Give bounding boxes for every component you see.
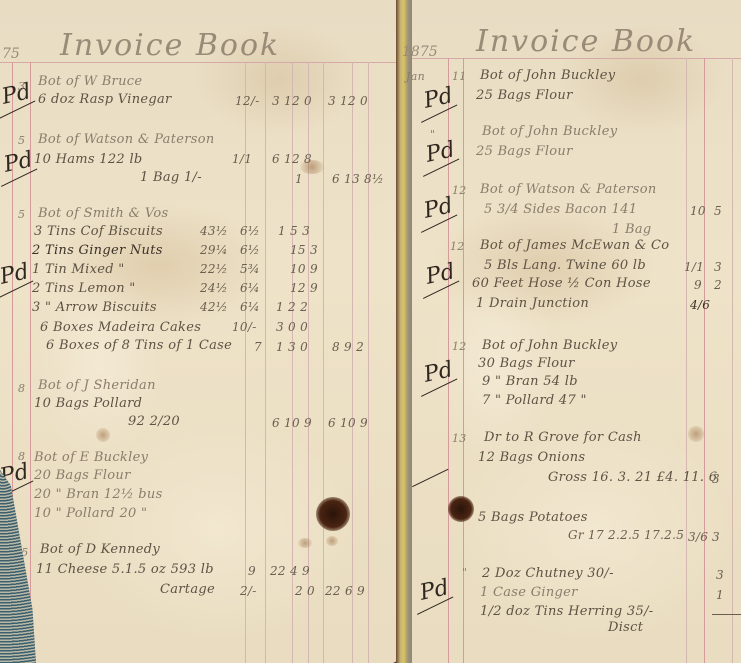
- line-rate: 1/1: [232, 152, 252, 166]
- entry-header: Bot of Watson & Paterson: [480, 182, 657, 197]
- entry-day: 13: [452, 432, 467, 445]
- line-rate: 9: [248, 564, 256, 578]
- burn-stain: [448, 496, 474, 522]
- paid-mark: Pd: [0, 259, 31, 289]
- line-desc: Cartage: [160, 582, 215, 597]
- line-qty: 42½: [200, 300, 228, 314]
- column-rule: [265, 62, 266, 663]
- entry-day: 11: [452, 70, 467, 83]
- entry-header: Bot of J Sheridan: [38, 378, 156, 393]
- water-stain: [326, 536, 338, 546]
- line-desc: 10 Bags Pollard: [34, 396, 142, 411]
- line-desc: 20 " Bran 12½ bus: [34, 487, 163, 502]
- line-desc: 2 Tins Lemon ": [32, 281, 136, 296]
- line-amount: 3: [714, 260, 722, 274]
- line-amount: 3: [712, 472, 720, 486]
- paid-mark: Pd: [418, 575, 451, 605]
- line-rate: 2/-: [240, 584, 257, 598]
- entry-header: Dr to R Grove for Cash: [484, 430, 642, 445]
- entry-header: Bot of John Buckley: [482, 338, 617, 353]
- line-rate: 12/-: [235, 94, 260, 108]
- entry-day: 8: [18, 450, 25, 463]
- line-desc: 3 " Arrow Biscuits: [32, 300, 157, 315]
- line-desc: 60 Feet Hose ½ Con Hose: [472, 276, 651, 291]
- column-rule: [352, 62, 353, 663]
- ledger-spread: 75 Invoice Book Pd 3 Bot of W Bruce 6 do…: [0, 0, 741, 663]
- page-title-right: Invoice Book: [476, 24, 696, 59]
- entry-day: 12: [450, 240, 465, 253]
- burn-stain: [316, 497, 350, 531]
- entry-day: ": [462, 566, 467, 579]
- line-desc: 2 Tins Ginger Nuts: [32, 243, 163, 258]
- line-amount: 2 0: [295, 584, 315, 598]
- line-rate: 9: [694, 278, 702, 292]
- line-rate: 6½: [240, 243, 260, 257]
- entry-day: ": [430, 128, 435, 141]
- line-amount: 3 0 0: [276, 320, 308, 334]
- line-rate: 10/-: [232, 320, 257, 334]
- line-qty: 24½: [200, 281, 228, 295]
- page-title-left: Invoice Book: [60, 28, 280, 63]
- right-page: 1875 Invoice Book Jan Pd 11 Bot of John …: [412, 0, 741, 663]
- line-desc: 9 " Bran 54 lb: [482, 374, 578, 389]
- entry-day: 3: [18, 80, 25, 93]
- line-desc: 1 Bag: [612, 222, 652, 237]
- water-stain: [298, 538, 312, 548]
- line-desc: 6 Boxes Madeira Cakes: [40, 320, 201, 335]
- line-amount: 1: [295, 172, 303, 186]
- line-desc: 6 Boxes of 8 Tins of 1 Case: [46, 338, 232, 353]
- line-amount: 10 9: [290, 262, 318, 276]
- line-desc: 11 Cheese 5.1.5 oz 593 lb: [36, 562, 214, 577]
- line-rate: 7: [254, 340, 262, 354]
- line-desc: 7 " Pollard 47 ": [482, 393, 587, 408]
- entry-day: 12: [452, 340, 467, 353]
- line-amount: 3: [712, 530, 720, 544]
- paid-mark: Pd: [422, 357, 455, 387]
- line-desc: 5 Bags Potatoes: [478, 510, 588, 525]
- entry-header: Bot of D Kennedy: [40, 542, 160, 557]
- line-desc: 1 Drain Junction: [476, 296, 589, 311]
- line-rate: 1/1: [684, 260, 704, 274]
- entry-header: Bot of John Buckley: [480, 68, 615, 83]
- line-desc: 6 doz Rasp Vinegar: [38, 92, 172, 107]
- paid-mark: Pd: [422, 83, 455, 113]
- line-amount: 1: [716, 588, 724, 602]
- entry-day: 5: [18, 134, 25, 147]
- line-desc: 3 Tins Cof Biscuits: [34, 224, 163, 239]
- line-total: 8 9 2: [332, 340, 364, 354]
- paid-mark: Pd: [424, 259, 457, 289]
- line-amount: 1 5 3: [278, 224, 310, 238]
- line-desc: 1 Bag 1/-: [140, 170, 202, 185]
- line-desc: 12 Bags Onions: [478, 450, 585, 465]
- line-amount: 1 3 0: [276, 340, 308, 354]
- line-total: 3 12 0: [328, 94, 368, 108]
- line-desc: Gr 17 2.2.5 17.2.5: [568, 528, 684, 542]
- entry-month: Jan: [406, 70, 425, 83]
- line-rate: 10: [690, 204, 706, 218]
- line-desc: 10 " Pollard 20 ": [34, 506, 147, 521]
- line-desc: Disct: [608, 620, 643, 635]
- line-desc: 25 Bags Flour: [476, 88, 573, 103]
- column-rule: [323, 62, 324, 663]
- paid-mark: Pd: [424, 137, 457, 167]
- subtotal-rule: [712, 614, 741, 615]
- entry-header: Bot of John Buckley: [482, 124, 617, 139]
- entry-header: Bot of James McEwan & Co: [480, 238, 669, 253]
- line-desc: 5 3/4 Sides Bacon 141: [484, 202, 637, 217]
- line-desc: 1 Case Ginger: [480, 585, 578, 600]
- entry-day: 5: [18, 208, 25, 221]
- line-qty: 22½: [200, 262, 228, 276]
- line-total: 6 13 8½: [332, 172, 384, 186]
- line-desc: 92 2/20: [128, 414, 180, 429]
- line-desc: 10 Hams 122 lb: [34, 152, 143, 167]
- water-stain: [96, 428, 110, 442]
- line-amount: 2: [714, 278, 722, 292]
- column-rule: [704, 58, 705, 663]
- line-total: 22 6 9: [325, 584, 365, 598]
- line-amount: 6 10 9: [272, 416, 312, 430]
- line-amount: 15 3: [290, 243, 318, 257]
- year-left: 75: [2, 46, 20, 62]
- line-amount: 12 9: [290, 281, 318, 295]
- line-amount: 22 4 9: [270, 564, 310, 578]
- line-desc: 25 Bags Flour: [476, 144, 573, 159]
- entry-day: 8: [18, 382, 25, 395]
- line-desc: 2 Doz Chutney 30/-: [482, 566, 614, 581]
- entry-header: Bot of E Buckley: [34, 450, 148, 465]
- line-rate: 3/6: [688, 530, 708, 544]
- line-amount: 3 12 0: [272, 94, 312, 108]
- paid-mark: Pd: [422, 193, 455, 223]
- line-rate: 5¾: [240, 262, 260, 276]
- line-qty: 43½: [200, 224, 228, 238]
- paid-mark: Pd: [0, 79, 33, 109]
- line-rate: 6¼: [240, 281, 260, 295]
- entry-header: Bot of Watson & Paterson: [38, 132, 215, 147]
- column-rule: [732, 58, 733, 663]
- line-desc: 1 Tin Mixed ": [32, 262, 125, 277]
- line-rate: 4/6: [690, 298, 710, 312]
- entry-header: Bot of W Bruce: [38, 74, 142, 89]
- line-total: 6 10 9: [328, 416, 368, 430]
- line-rate: 6¼: [240, 300, 260, 314]
- water-stain: [688, 426, 704, 442]
- line-amount: 1 2 2: [276, 300, 308, 314]
- column-rule: [368, 62, 369, 663]
- line-desc: 1/2 doz Tins Herring 35/-: [480, 604, 653, 619]
- entry-day: 12: [452, 184, 467, 197]
- entry-header: Bot of Smith & Vos: [38, 206, 168, 221]
- line-desc: 5 Bls Lang. Twine 60 lb: [484, 258, 646, 273]
- water-stain: [300, 160, 324, 174]
- column-rule: [686, 58, 687, 663]
- line-desc: Gross 16. 3. 21 £4. 11. 6: [548, 470, 717, 485]
- line-amount: 5: [714, 204, 722, 218]
- line-desc: 30 Bags Flour: [478, 356, 575, 371]
- line-desc: 20 Bags Flour: [34, 468, 131, 483]
- line-amount: 3: [716, 568, 724, 582]
- header-rule: [412, 58, 741, 59]
- line-qty: 29¼: [200, 243, 228, 257]
- header-rule: [0, 62, 398, 63]
- line-rate: 6½: [240, 224, 260, 238]
- left-page: 75 Invoice Book Pd 3 Bot of W Bruce 6 do…: [0, 0, 398, 663]
